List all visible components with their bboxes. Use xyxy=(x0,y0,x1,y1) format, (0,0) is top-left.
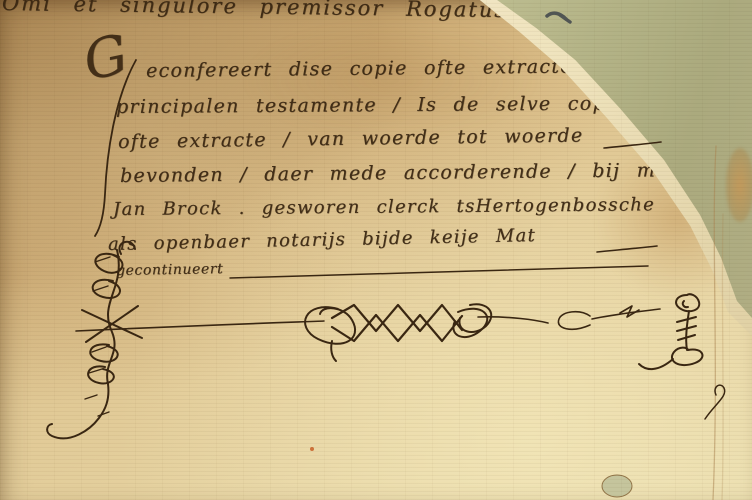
braided-lattice-ornament xyxy=(305,304,491,361)
notary-paraph-knot xyxy=(47,242,142,439)
vertical-fold-crease xyxy=(713,146,723,500)
red-speck xyxy=(310,447,314,451)
worm-hole xyxy=(602,475,632,497)
ink-flourishes-layer xyxy=(0,0,752,500)
initial-descender-stroke xyxy=(95,60,136,236)
dark-mark-on-green-sheet xyxy=(547,13,570,22)
terminal-knot-ornament xyxy=(639,294,702,369)
manuscript-photo: Omi et singulore premissor Rogatus G eco… xyxy=(0,0,752,500)
line-end-dashes xyxy=(230,142,661,278)
